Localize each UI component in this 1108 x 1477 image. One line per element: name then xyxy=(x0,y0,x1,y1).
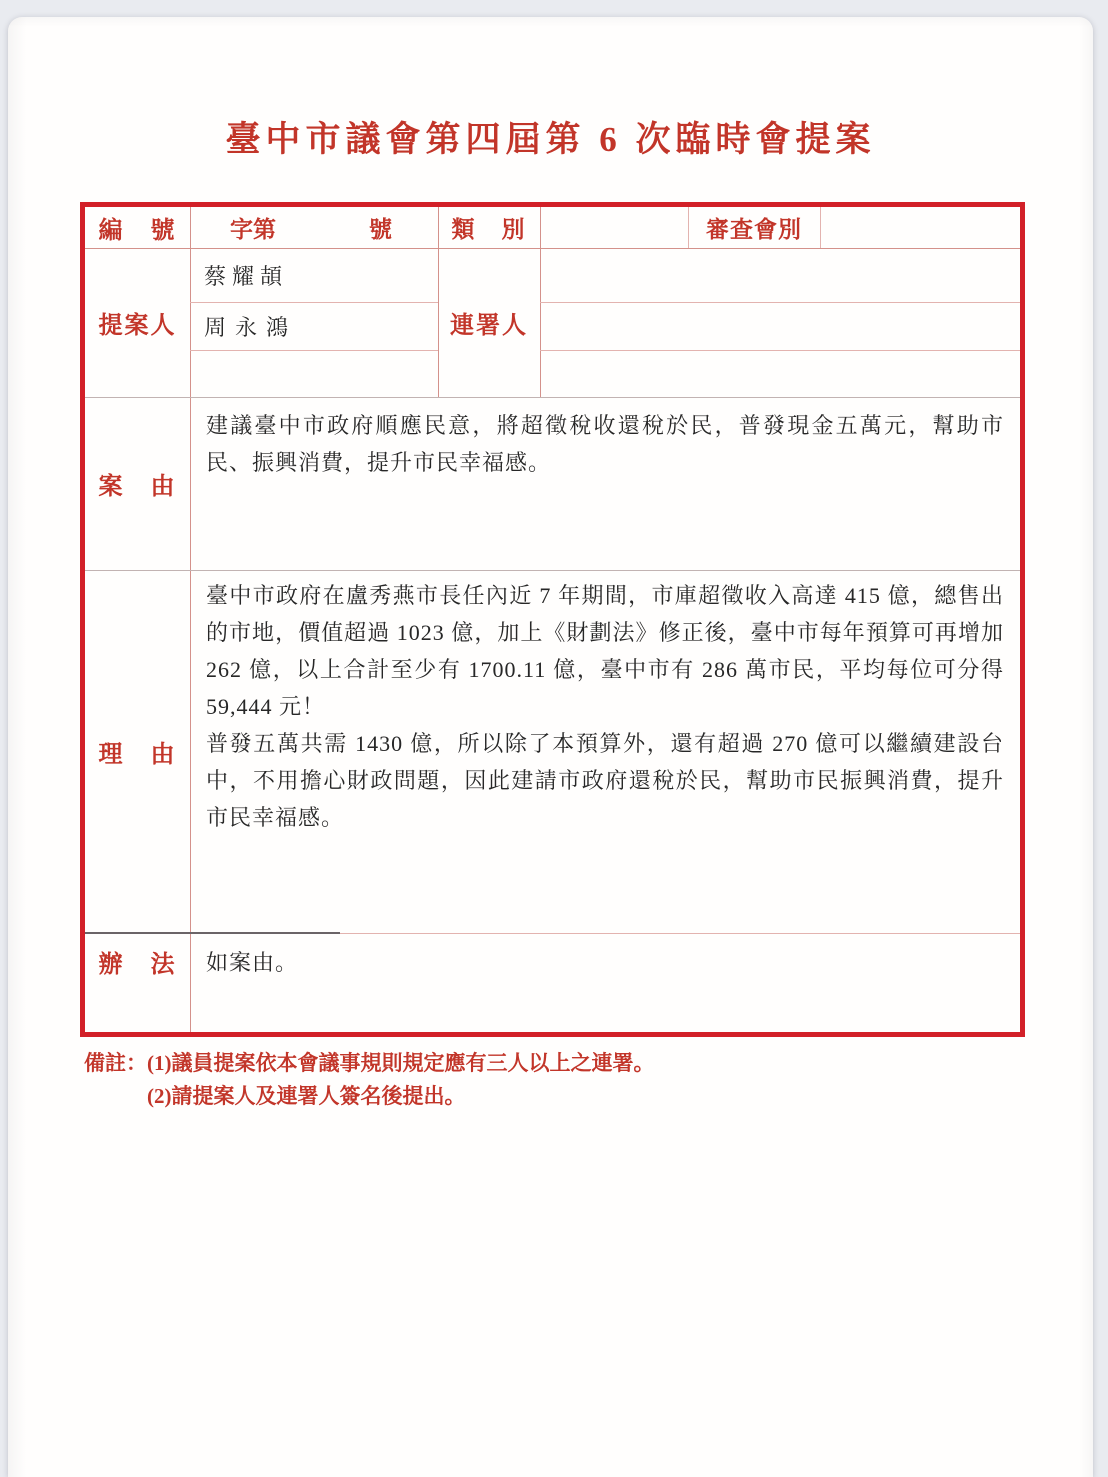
method-text: 如案由。 xyxy=(190,933,1020,1032)
cosigner-row-2 xyxy=(540,302,1020,350)
proposer-name-3 xyxy=(190,350,438,397)
document-sheet: 臺中市議會第四屆第 6 次臨時會提案 編 號 字第 號 類 xyxy=(8,17,1093,1477)
proposal-form-table: 編 號 字第 號 類 別 審查會別 提案人 蔡耀頡 周永鴻 連署人 案 由 建議… xyxy=(80,202,1025,1037)
category-label: 類 別 xyxy=(438,207,540,248)
footnotes: 備註： (1)議員提案依本會議事規則規定應有三人以上之連署。 (2)請提案人及連… xyxy=(84,1047,654,1113)
proposer-name-1: 蔡耀頡 xyxy=(190,248,438,302)
category-value-cell xyxy=(540,207,688,248)
cosigner-row-3 xyxy=(540,350,1020,397)
footnotes-label: 備註： xyxy=(84,1047,147,1113)
cosigners-label: 連署人 xyxy=(438,248,540,397)
document-number-cell: 字第 號 xyxy=(190,207,438,248)
reason-paragraph-1: 臺中市政府在盧秀燕市長任內近 7 年期間，市庫超徵收入高達 415 億，總售出的… xyxy=(206,577,1004,725)
footnote-1: (1)議員提案依本會議事規則規定應有三人以上之連署。 xyxy=(147,1047,654,1080)
proposer-name-2: 周永鴻 xyxy=(190,302,438,350)
reason-text: 臺中市政府在盧秀燕市長任內近 7 年期間，市庫超徵收入高達 415 億，總售出的… xyxy=(190,570,1020,933)
serial-number-label: 編 號 xyxy=(85,207,190,248)
document-title: 臺中市議會第四屆第 6 次臨時會提案 xyxy=(8,112,1093,162)
method-label: 辦 法 xyxy=(85,933,190,1032)
scanned-page-background: 臺中市議會第四屆第 6 次臨時會提案 編 號 字第 號 類 xyxy=(0,0,1108,1477)
review-committee-label: 審查會別 xyxy=(688,207,820,248)
review-committee-value-cell xyxy=(820,207,1020,248)
doc-number-suffix-label: 號 xyxy=(369,211,392,244)
reason-label: 理 由 xyxy=(85,570,190,933)
reason-paragraph-2: 普發五萬共需 1430 億，所以除了本預算外，還有超過 270 億可以繼續建設台… xyxy=(206,725,1004,836)
doc-number-prefix-label: 字第 xyxy=(230,211,276,244)
proposers-label: 提案人 xyxy=(85,248,190,397)
cosigner-row-1 xyxy=(540,248,1020,302)
subject-label: 案 由 xyxy=(85,397,190,570)
footnote-2: (2)請提案人及連署人簽名後提出。 xyxy=(147,1080,654,1113)
subject-text: 建議臺中市政府順應民意，將超徵稅收還稅於民，普發現金五萬元，幫助市民、振興消費，… xyxy=(190,397,1020,570)
